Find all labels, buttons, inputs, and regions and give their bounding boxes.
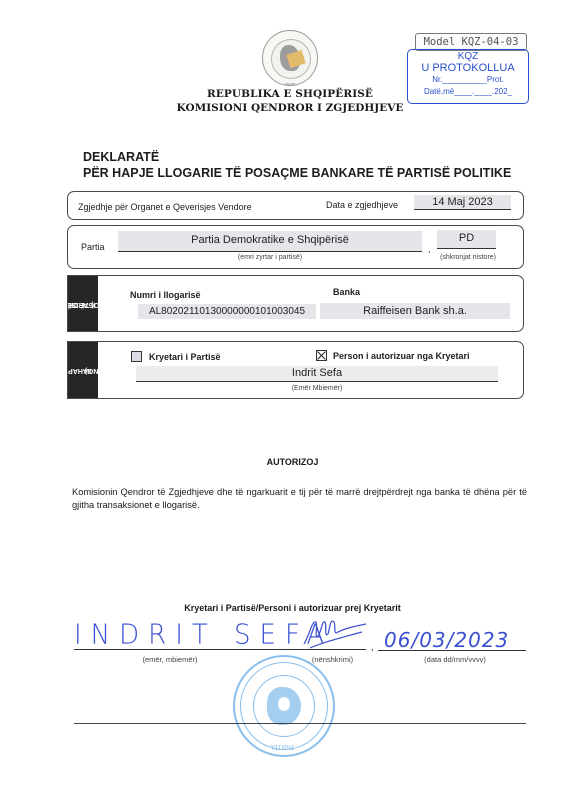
handwritten-name: INDRIT SEFA xyxy=(74,619,333,651)
document-title-line1: DEKLARATË xyxy=(83,149,511,165)
bottom-divider xyxy=(74,723,526,724)
document-title-line2: PËR HAPJE LLOGARIE TË POSAÇME BANKARE TË… xyxy=(83,165,511,181)
party-label: Partia xyxy=(81,242,105,252)
signature-heading: Kryetari i Partisë/Personi i autorizuar … xyxy=(0,603,585,613)
authorized-person-checkbox[interactable] xyxy=(316,350,327,361)
chairman-option-label: Kryetari i Partisë xyxy=(149,352,221,362)
account-section-label: I) TË DHNATE LLOGARISË xyxy=(68,276,98,331)
bank-field[interactable]: Raiffeisen Bank sh.a. xyxy=(320,303,510,319)
stamp-status: U PROTOKOLLUA xyxy=(408,62,528,74)
account-number-field[interactable]: AL80202110130000000101003045 xyxy=(138,304,316,319)
bank-label: Banka xyxy=(333,287,360,297)
opened-by-section-label: II) HAPURNGA xyxy=(68,342,98,398)
party-stamp-bottom-text: PARTIA xyxy=(271,743,294,750)
republic-title: REPUBLIKA E SHQIPËRISË xyxy=(140,88,440,100)
opened-by-name-hint: (Emër Mbiemër) xyxy=(136,385,498,392)
party-name-hint: (emri zyrtar i partisë) xyxy=(118,254,422,261)
seal-caption: TIRANE xyxy=(263,82,317,86)
account-section: I) TË DHNATE LLOGARISË Numri i llogarisë… xyxy=(67,275,524,332)
party-section: Partia Partia Demokratike e Shqipërisë (… xyxy=(67,225,524,269)
party-seal-stamp: PARTIA xyxy=(233,655,335,757)
stamp-number-line: Nr.__________Prot. xyxy=(408,74,528,86)
commission-title: KOMISIONI QENDROR I ZGJEDHJEVE xyxy=(140,102,440,114)
election-date-field[interactable]: 14 Maj 2023 xyxy=(414,195,511,210)
handwritten-date: 06/03/2023 xyxy=(384,628,509,652)
stamp-date-line: Datë,më____.____.202_ xyxy=(408,86,528,98)
opened-by-section: II) HAPURNGA Kryetari i Partisë Person i… xyxy=(67,341,524,399)
opened-by-name-field[interactable]: Indrit Sefa xyxy=(136,366,498,382)
signature-separator: , xyxy=(371,642,374,652)
party-abbreviation-hint: (shkronjat nistore) xyxy=(428,254,508,261)
stamp-org: KQZ xyxy=(408,51,528,62)
ballot-envelope-icon xyxy=(286,50,306,68)
election-type-label: Zgjedhje për Organet e Qeverisjes Vendor… xyxy=(78,202,252,212)
party-abbreviation-field[interactable]: PD xyxy=(437,230,496,249)
party-name-field[interactable]: Partia Demokratike e Shqipërisë xyxy=(118,231,422,252)
date-hint: (data dd/mm/vvvv) xyxy=(410,655,500,664)
authorization-heading: AUTORIZOJ xyxy=(0,457,585,467)
protocol-stamp: KQZ U PROTOKOLLUA Nr.__________Prot. Dat… xyxy=(407,49,529,104)
chairman-checkbox[interactable] xyxy=(131,351,142,362)
authorization-text: Komisionin Qendror të Zgjedhjeve dhe të … xyxy=(72,486,527,512)
account-number-label: Numri i llogarisë xyxy=(130,290,201,300)
opened-by-side-label-2: NGA xyxy=(74,366,107,374)
signature-hint: (nënshkrimi) xyxy=(300,655,365,664)
document-title: DEKLARATË PËR HAPJE LLOGARIE TË POSAÇME … xyxy=(83,149,511,181)
party-separator: , xyxy=(428,244,431,254)
authorized-person-option-label: Person i autorizuar nga Kryetari xyxy=(333,351,470,361)
election-date-label: Data e zgjedhjeve xyxy=(326,200,398,210)
handwritten-signature xyxy=(300,614,370,652)
name-hint: (emër, mbiemër) xyxy=(130,655,210,664)
election-section: Zgjedhje për Organet e Qeverisjes Vendor… xyxy=(67,191,524,220)
kqz-emblem-icon: TIRANE xyxy=(262,30,318,86)
account-side-label-2: E LLOGARISË xyxy=(67,300,114,308)
date-signature-line xyxy=(378,650,526,651)
